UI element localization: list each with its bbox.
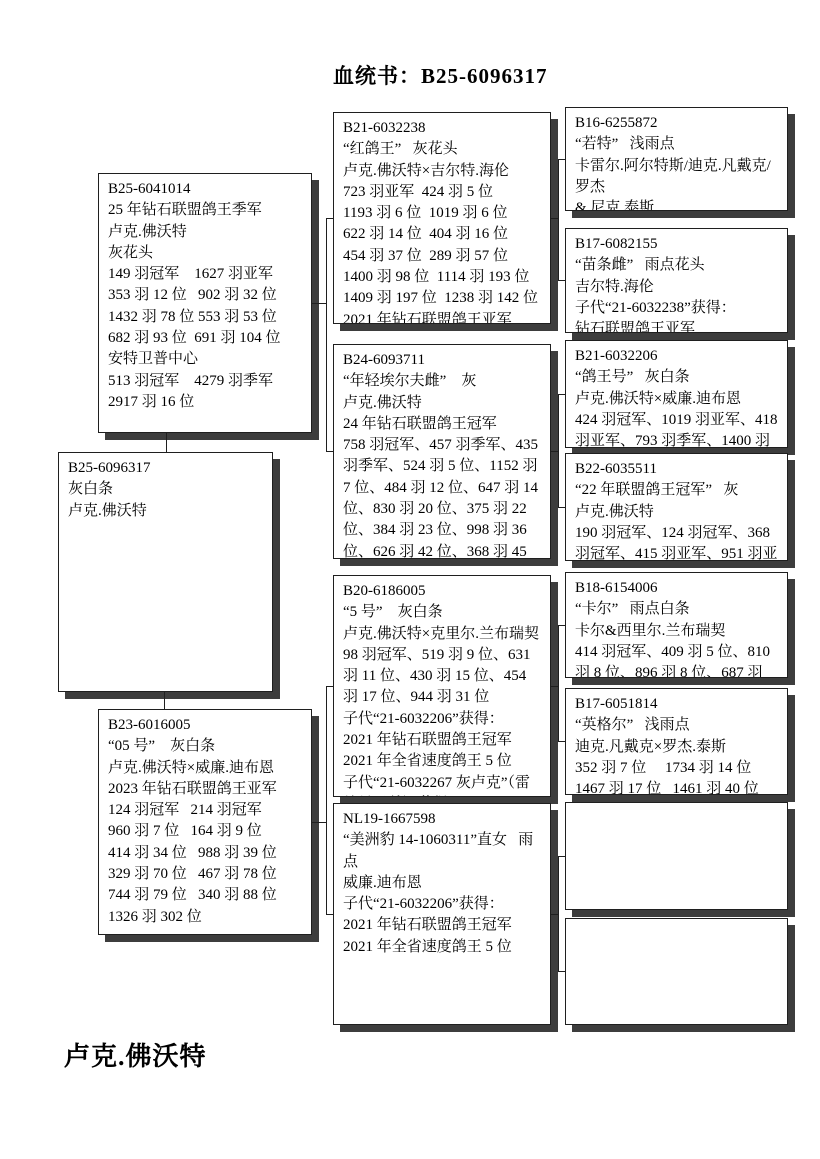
breeder-name: 卢克.佛沃特 — [64, 1036, 207, 1073]
box-b21-6032206: B21-6032206“鸽王号” 灰白条卢克.佛沃特×威廉.迪布恩424 羽冠军… — [565, 340, 788, 448]
text-line: B17-6051814 — [575, 694, 780, 715]
text-line: 414 羽冠军、409 羽 5 位、810 羽 8 位、896 羽 8 位、68… — [575, 642, 780, 678]
box-empty-1 — [565, 802, 788, 910]
box-b18-6154006: B18-6154006“卡尔” 雨点白条卡尔&西里尔.兰布瑞契414 羽冠军、4… — [565, 572, 788, 678]
text-line: 329 羽 70 位 467 羽 78 位 — [108, 864, 304, 885]
text-line: 353 羽 12 位 902 羽 32 位 — [108, 285, 304, 306]
connector-segment — [558, 280, 565, 281]
text-line: 2917 羽 16 位 — [108, 392, 304, 413]
text-line: 卢克.佛沃特×克里尔.兰布瑞契 — [343, 624, 543, 645]
connector-segment — [551, 914, 558, 915]
text-line: “年轻埃尔夫雌” 灰 — [343, 371, 543, 392]
pedigree-title: 血统书：B25-6096317 — [333, 60, 548, 90]
text-line: 卢克.佛沃特×威廉.迪布恩 — [108, 758, 304, 779]
text-line: 卢克.佛沃特 — [343, 393, 543, 414]
connector-segment — [326, 218, 327, 452]
text-line: 1326 羽 302 位 — [108, 907, 304, 928]
text-line: 352 羽 7 位 1734 羽 14 位 — [575, 758, 780, 779]
connector-segment — [326, 686, 327, 915]
text-line: 迪克.凡戴克×罗杰.泰斯 — [575, 737, 780, 758]
text-line: B17-6082155 — [575, 234, 780, 255]
box-b25-6096317: B25-6096317灰白条卢克.佛沃特 — [58, 452, 273, 692]
text-line: 威廉.迪布恩 — [343, 873, 543, 894]
text-line: 卢克.佛沃特 — [68, 501, 265, 522]
text-line: “若特” 浅雨点 — [575, 134, 780, 155]
text-line: “5 号” 灰白条 — [343, 602, 543, 623]
box-b23-6016005: B23-6016005“05 号” 灰白条卢克.佛沃特×威廉.迪布恩2023 年… — [98, 709, 312, 935]
connector-dam-link — [164, 692, 165, 709]
text-line: 卡尔&西里尔.兰布瑞契 — [575, 621, 780, 642]
connector-segment — [326, 914, 333, 915]
text-line: 1409 羽 197 位 1238 羽 142 位 — [343, 288, 543, 309]
box-b17-6082155: B17-6082155“苗条雌” 雨点花头吉尔特.海伦子代“21-6032238… — [565, 228, 788, 333]
text-line: 2021 年全省速度鸽王 5 位 — [343, 751, 543, 772]
connector-segment — [326, 686, 333, 687]
connector-segment — [558, 394, 559, 508]
text-line: 723 羽亚军 424 羽 5 位 — [343, 182, 543, 203]
box-b16-6255872: B16-6255872“若特” 浅雨点卡雷尔.阿尔特斯/迪克.凡戴克/罗杰& 尼… — [565, 107, 788, 211]
text-line: 安特卫普中心 — [108, 349, 304, 370]
text-line: 卢克.佛沃特 — [575, 502, 780, 523]
text-line: “卡尔” 雨点白条 — [575, 599, 780, 620]
connector-segment — [551, 451, 558, 452]
text-line: 190 羽冠军、124 羽冠军、368 羽冠军、415 羽亚军、951 羽亚军、… — [575, 523, 780, 561]
pedigree-page: 血统书：B25-6096317 B25-6096317灰白条卢克.佛沃特 B25… — [0, 0, 820, 1159]
text-line: 钻石联盟鸽王亚军 — [575, 319, 780, 333]
text-line: 149 羽冠军 1627 羽亚军 — [108, 264, 304, 285]
connector-segment — [312, 303, 326, 304]
box-b24-6093711: B24-6093711“年轻埃尔夫雌” 灰卢克.佛沃特24 年钻石联盟鸽王冠军7… — [333, 344, 551, 559]
text-line: B24-6093711 — [343, 350, 543, 371]
text-line: & 尼克.泰斯 — [575, 198, 780, 211]
box-empty-2 — [565, 918, 788, 1025]
connector-segment — [326, 451, 333, 452]
text-line: 2021 年全省速度鸽王 5 位 — [343, 937, 543, 958]
connector-segment — [558, 159, 565, 160]
text-line: B23-6016005 — [108, 715, 304, 736]
text-line: 414 羽 34 位 988 羽 39 位 — [108, 843, 304, 864]
text-line: 卢克.佛沃特 — [108, 222, 304, 243]
box-b20-6186005: B20-6186005“5 号” 灰白条卢克.佛沃特×克里尔.兰布瑞契98 羽冠… — [333, 575, 551, 797]
text-line: 2021 年钻石联盟鸽王冠军 — [343, 730, 543, 751]
text-line: 682 羽 93 位 691 羽 104 位 — [108, 328, 304, 349]
connector-sire-link — [166, 433, 167, 452]
text-line: 子代“21-6032206”获得： — [343, 894, 543, 915]
text-line: NL19-1667598 — [343, 809, 543, 830]
text-line: 124 羽冠军 214 羽冠军 — [108, 800, 304, 821]
text-line: 758 羽冠军、457 羽季军、435 羽季军、524 羽 5 位、1152 羽… — [343, 435, 543, 559]
text-line: 1467 羽 17 位 1461 羽 40 位 — [575, 779, 780, 795]
text-line: B21-6032238 — [343, 118, 543, 139]
text-line: 2021 年钻石联盟鸽王冠军 — [343, 915, 543, 936]
text-line: 卡雷尔.阿尔特斯/迪克.凡戴克/罗杰 — [575, 156, 780, 199]
text-line: 98 羽冠军、519 羽 9 位、631 羽 11 位、430 羽 15 位、4… — [343, 645, 543, 709]
text-line: 2023 年钻石联盟鸽王亚军 — [108, 779, 304, 800]
text-line: 25 年钻石联盟鸽王季军 — [108, 200, 304, 221]
connector-segment — [558, 159, 559, 281]
connector-segment — [551, 218, 558, 219]
text-line: “22 年联盟鸽王冠军” 灰 — [575, 480, 780, 501]
text-line: 子代“21-6032206”获得： — [343, 709, 543, 730]
text-line: 灰花头 — [108, 243, 304, 264]
connector-segment — [558, 507, 565, 508]
text-line: 1432 羽 78 位 553 羽 53 位 — [108, 307, 304, 328]
text-line: 2021 年钻石联盟鸽王亚军 — [343, 310, 543, 324]
connector-segment — [558, 856, 559, 972]
text-line: “红鸽王” 灰花头 — [343, 139, 543, 160]
text-line: B25-6041014 — [108, 179, 304, 200]
text-line: B20-6186005 — [343, 581, 543, 602]
text-line: 灰白条 — [68, 479, 265, 500]
connector-segment — [558, 625, 565, 626]
text-line: 卢克.佛沃特×威廉.迪布恩 — [575, 389, 780, 410]
text-line: 1193 羽 6 位 1019 羽 6 位 — [343, 203, 543, 224]
box-b25-6041014: B25-604101425 年钻石联盟鸽王季军卢克.佛沃特灰花头149 羽冠军 … — [98, 173, 312, 433]
box-nl19-1667598: NL19-1667598“美洲豹 14-1060311”直女 雨点威廉.迪布恩子… — [333, 803, 551, 1025]
text-line: “美洲豹 14-1060311”直女 雨点 — [343, 830, 543, 873]
text-line: B18-6154006 — [575, 578, 780, 599]
text-line: B25-6096317 — [68, 458, 265, 479]
text-line: 744 羽 79 位 340 羽 88 位 — [108, 885, 304, 906]
text-line: 454 羽 37 位 289 羽 57 位 — [343, 246, 543, 267]
text-line: “苗条雌” 雨点花头 — [575, 255, 780, 276]
text-line: 子代“21-6032238”获得： — [575, 298, 780, 319]
box-b17-6051814: B17-6051814“英格尔” 浅雨点迪克.凡戴克×罗杰.泰斯352 羽 7 … — [565, 688, 788, 795]
text-line: 424 羽冠军、1019 羽亚军、418 羽亚军、793 羽季军、1400 羽 … — [575, 410, 780, 448]
text-line: “鸽王号” 灰白条 — [575, 367, 780, 388]
text-line: 1400 羽 98 位 1114 羽 193 位 — [343, 267, 543, 288]
connector-segment — [551, 686, 558, 687]
text-line: B21-6032206 — [575, 346, 780, 367]
text-line: 513 羽冠军 4279 羽季军 — [108, 371, 304, 392]
text-line: “英格尔” 浅雨点 — [575, 715, 780, 736]
text-line: 24 年钻石联盟鸽王冠军 — [343, 414, 543, 435]
text-line: 子代“21-6032267 灰卢克”（雷德曼兄弟）获得： — [343, 773, 543, 797]
text-line: B22-6035511 — [575, 459, 780, 480]
connector-segment — [558, 971, 565, 972]
connector-segment — [558, 625, 559, 742]
connector-segment — [558, 394, 565, 395]
text-line: 622 羽 14 位 404 羽 16 位 — [343, 224, 543, 245]
text-line: 960 羽 7 位 164 羽 9 位 — [108, 821, 304, 842]
text-line: 吉尔特.海伦 — [575, 277, 780, 298]
box-b21-6032238: B21-6032238“红鸽王” 灰花头卢克.佛沃特×吉尔特.海伦723 羽亚军… — [333, 112, 551, 324]
connector-segment — [312, 822, 326, 823]
text-line: B16-6255872 — [575, 113, 780, 134]
connector-segment — [558, 741, 565, 742]
box-b22-6035511: B22-6035511“22 年联盟鸽王冠军” 灰卢克.佛沃特190 羽冠军、1… — [565, 453, 788, 561]
text-line: “05 号” 灰白条 — [108, 736, 304, 757]
connector-segment — [558, 856, 565, 857]
connector-segment — [326, 218, 333, 219]
text-line: 卢克.佛沃特×吉尔特.海伦 — [343, 161, 543, 182]
